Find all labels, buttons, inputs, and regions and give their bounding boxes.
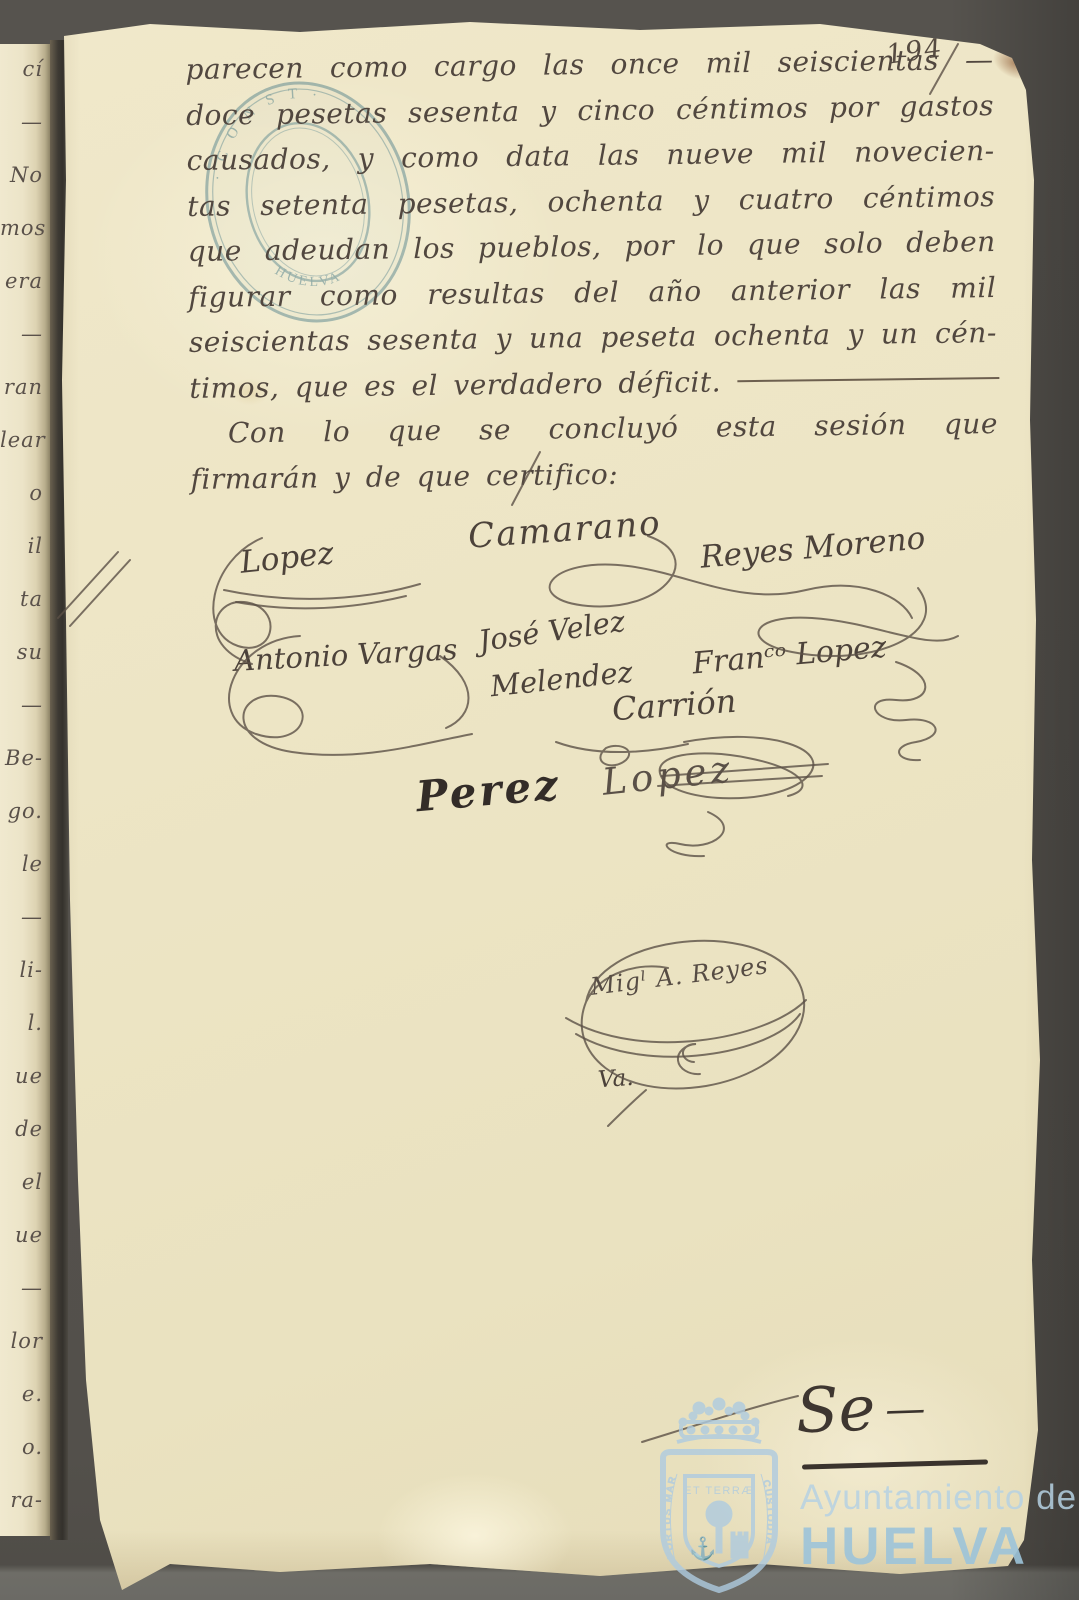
signature-oval-rubric-name: Migˡ A. Reyes xyxy=(589,951,770,1001)
previous-page-text-fragment: su xyxy=(0,627,50,680)
previous-page-text-fragment: de xyxy=(0,1104,50,1157)
previous-page-text-fragment: — xyxy=(0,1263,50,1316)
previous-page-text-fragment: l. xyxy=(0,998,50,1051)
signature-perez: Perez xyxy=(414,760,563,821)
previous-page-text-fragment: ue xyxy=(0,1051,50,1104)
previous-page-text-fragment: el xyxy=(0,1157,50,1210)
previous-page-text-fragment: ta xyxy=(0,574,50,627)
signature-oval-rubric-note: Va. xyxy=(597,1065,634,1093)
signature-lopez-2: Lopez xyxy=(600,747,736,804)
previous-page-text-fragment: cí xyxy=(0,44,50,97)
previous-page-text-fragment: go. xyxy=(0,786,50,839)
previous-page-text-fragment: No xyxy=(0,150,50,203)
catchword-underline xyxy=(802,1459,988,1469)
signature-lopez: Lopez xyxy=(238,535,335,581)
previous-page-text-fragment: Be- xyxy=(0,733,50,786)
catchword-dash: — xyxy=(884,1386,926,1433)
previous-page-text-fragment: le xyxy=(0,839,50,892)
previous-page-edge: cí—Nomosera—ranlearo deiltasu—Be-go.le—l… xyxy=(0,44,50,1536)
previous-page-text-fragment: li- xyxy=(0,945,50,998)
signature-francisco-lopez: Franᶜᵒ Lopez xyxy=(691,630,888,682)
previous-page-text-fragment: lor xyxy=(0,1316,50,1369)
signature-camarano: Camarano xyxy=(467,503,663,556)
previous-page-text-fragment: era xyxy=(0,256,50,309)
previous-page-text-fragment: mos xyxy=(0,203,50,256)
corner-stain xyxy=(988,40,1042,86)
previous-page-text-fragment: — xyxy=(0,892,50,945)
catchword: Se— xyxy=(795,1370,927,1447)
previous-page-text-fragment: o. xyxy=(0,1422,50,1475)
manuscript-line: firmarán y de que certifico: xyxy=(190,447,998,502)
previous-page-text-fragment: il xyxy=(0,521,50,574)
previous-page-text-fragment: o de xyxy=(0,468,50,521)
previous-page-text-fragment: — xyxy=(0,97,50,150)
signature-jose-velez: José Velez xyxy=(476,604,627,658)
document-page: 194 · C O N S T · HUELVA parecen como ca… xyxy=(0,0,1079,1600)
previous-page-text-fragment: — xyxy=(0,309,50,362)
previous-page-text-fragment: ran xyxy=(0,362,50,415)
previous-page-text-fragment: ra- xyxy=(0,1475,50,1528)
signature-carrion: Carrión xyxy=(611,682,738,729)
scanned-manuscript-page: cí—Nomosera—ranlearo deiltasu—Be-go.le—l… xyxy=(0,0,1079,1600)
signature-reyes-moreno: Reyes Moreno xyxy=(699,520,927,576)
previous-page-text-fragment: — xyxy=(0,680,50,733)
previous-page-text-fragment: lear xyxy=(0,415,50,468)
previous-page-text-fragment: e. xyxy=(0,1369,50,1422)
catchword-text: Se xyxy=(795,1372,877,1448)
previous-page-text-fragment: ue xyxy=(0,1210,50,1263)
signature-antonio-vargas: Antonio Vargas xyxy=(233,632,458,678)
manuscript-text-block: parecen como cargo las once mil seiscien… xyxy=(185,37,998,502)
